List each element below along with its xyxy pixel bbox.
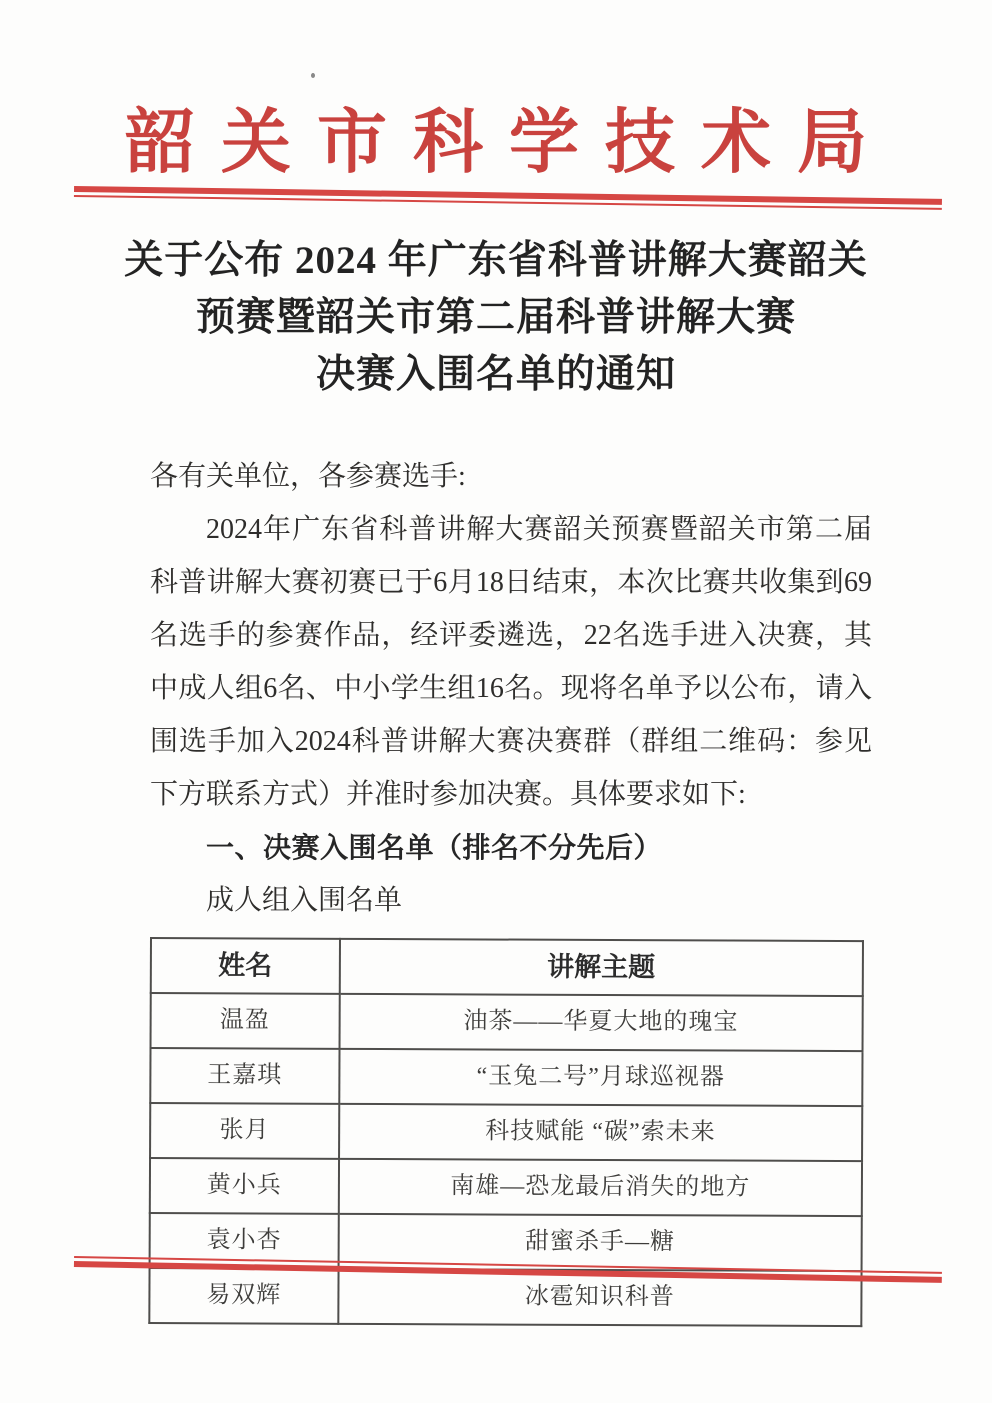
document-title: 关于公布 2024 年广东省科普讲解大赛韶关 预赛暨韶关市第二届科普讲解大赛 决…: [70, 232, 922, 403]
letterhead-org-name: 韶关市科学技术局: [0, 86, 992, 187]
scan-artifact-speck: [311, 73, 315, 78]
table-row: 温盈 油茶——华夏大地的瑰宝: [151, 993, 863, 1051]
contestant-name: 易双辉: [149, 1268, 338, 1324]
table-caption-adult-group: 成人组入围名单: [150, 874, 872, 927]
document-title-line-2: 预赛暨韶关市第二届科普讲解大赛: [70, 289, 922, 346]
contestant-topic: 南雄—恐龙最后消失的地方: [338, 1159, 862, 1216]
document-page: 韶关市科学技术局 关于公布 2024 年广东省科普讲解大赛韶关 预赛暨韶关市第二…: [0, 0, 992, 1403]
column-header-name: 姓名: [151, 938, 340, 994]
contestant-topic: 油茶——华夏大地的瑰宝: [339, 994, 863, 1051]
table-row: 黄小兵 南雄—恐龙最后消失的地方: [150, 1158, 862, 1216]
table-header-row: 姓名 讲解主题: [151, 938, 863, 996]
table-row: 王嘉琪 “玉兔二号”月球巡视器: [150, 1048, 862, 1106]
contestant-name: 黄小兵: [150, 1158, 339, 1214]
document-title-line-3: 决赛入围名单的通知: [70, 346, 922, 403]
contestant-topic: “玉兔二号”月球巡视器: [339, 1049, 863, 1106]
document-body: 各有关单位，各参赛选手: 2024年广东省科普讲解大赛韶关预赛暨韶关市第二届科普…: [150, 450, 872, 1324]
body-paragraph: 2024年广东省科普讲解大赛韶关预赛暨韶关市第二届科普讲解大赛初赛已于6月18日…: [150, 503, 872, 821]
section-heading-finalist-list: 一、决赛入围名单（排名不分先后）: [150, 821, 872, 874]
finalists-table-head: 姓名 讲解主题: [151, 938, 863, 996]
salutation: 各有关单位，各参赛选手:: [150, 450, 872, 503]
contestant-name: 张月: [150, 1103, 339, 1159]
column-header-topic: 讲解主题: [339, 939, 863, 996]
contestant-name: 温盈: [151, 993, 340, 1049]
document-title-line-1: 关于公布 2024 年广东省科普讲解大赛韶关: [70, 232, 922, 289]
contestant-topic: 科技赋能 “碳”索未来: [339, 1104, 863, 1161]
contestant-name: 王嘉琪: [150, 1048, 339, 1104]
table-row: 张月 科技赋能 “碳”索未来: [150, 1103, 862, 1161]
letterhead-divider: [74, 186, 942, 210]
